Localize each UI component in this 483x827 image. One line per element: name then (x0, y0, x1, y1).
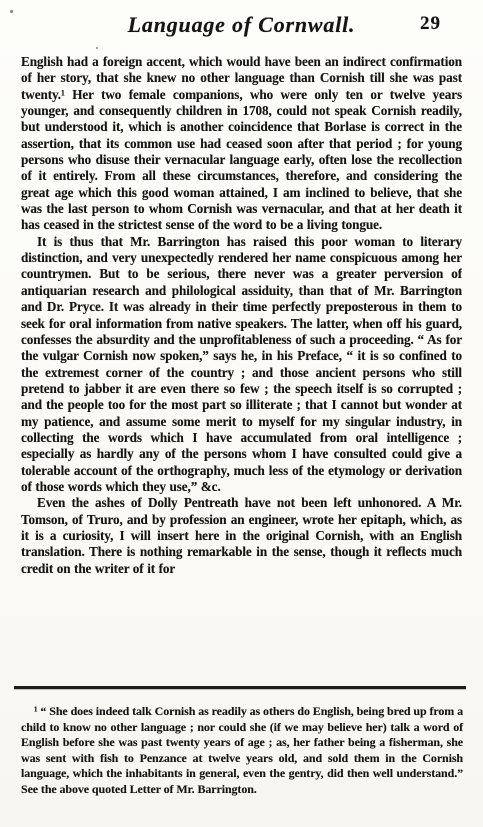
running-title: Language of Cornwall. (0, 12, 483, 38)
paragraph-dolly-pentreath: Even the ashes of Dolly Pentreath have n… (21, 495, 462, 577)
footnote-divider-rule (14, 686, 466, 689)
footnote-text: ¹ “ She does indeed talk Cornish as read… (21, 704, 463, 798)
page-number: 29 (420, 13, 441, 35)
paragraph-barrington: It is thus that Mr. Barrington has raise… (21, 234, 462, 496)
paragraph-english-accent: English had a foreign accent, which woul… (21, 54, 462, 234)
scan-artifact (10, 10, 13, 13)
page-header: Language of Cornwall. 29 (0, 12, 483, 46)
body-text: English had a foreign accent, which woul… (21, 54, 462, 682)
book-page-scan: Language of Cornwall. 29 English had a f… (0, 0, 483, 827)
scan-artifact (96, 47, 98, 49)
